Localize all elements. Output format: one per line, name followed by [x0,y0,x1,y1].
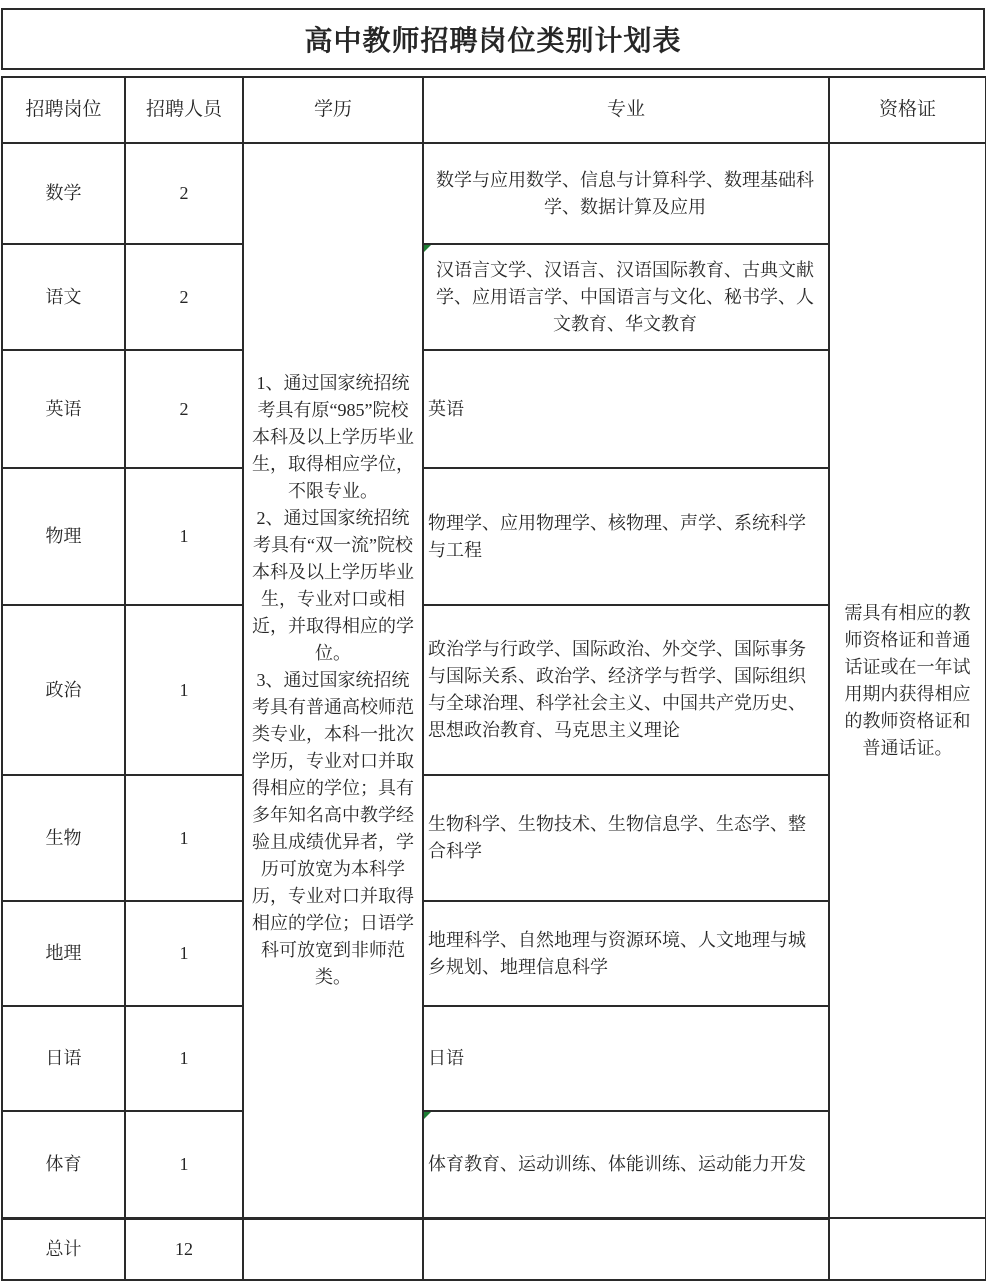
cell-count-geography: 1 [125,901,243,1006]
cell-major-physics: 物理学、应用物理学、核物理、声学、系统科学与工程 [423,468,829,605]
cell-position-biology: 生物 [2,775,125,901]
cell-count-japanese: 1 [125,1006,243,1111]
cell-education-merged: 1、通过国家统招统考具有原“985”院校本科及以上学历毕业生，取得相应学位，不限… [243,143,423,1218]
cell-count-english: 2 [125,350,243,468]
cell-position-english: 英语 [2,350,125,468]
cell-position-geography: 地理 [2,901,125,1006]
table-row-math: 数学 2 1、通过国家统招统考具有原“985”院校本科及以上学历毕业生，取得相应… [2,143,986,244]
cell-major-biology: 生物科学、生物技术、生物信息学、生态学、整合科学 [423,775,829,901]
table-title: 高中教师招聘岗位类别计划表 [1,8,985,70]
cell-position-physics: 物理 [2,468,125,605]
education-item-2: 2、通过国家统招统考具有“双一流”院校本科及以上学历毕业生，专业对口或相近，并取… [249,505,417,667]
cell-major-pe-text: 体育教育、运动训练、体能训练、运动能力开发 [428,1154,806,1174]
cell-position-math: 数学 [2,143,125,244]
col-header-position: 招聘岗位 [2,77,125,143]
col-header-education: 学历 [243,77,423,143]
cell-total-major-empty [423,1218,829,1280]
cell-major-english: 英语 [423,350,829,468]
cell-total-certificate-empty [829,1218,986,1280]
recruitment-plan-table: 招聘岗位 招聘人员 学历 专业 资格证 数学 2 1、通过国家统招统考具有原“9… [1,76,986,1281]
cell-count-politics: 1 [125,605,243,775]
cell-count-biology: 1 [125,775,243,901]
table-title-text: 高中教师招聘岗位类别计划表 [304,19,681,59]
cell-position-pe: 体育 [2,1111,125,1218]
col-header-headcount: 招聘人员 [125,77,243,143]
cell-position-japanese: 日语 [2,1006,125,1111]
cell-major-chinese: 汉语言文学、汉语言、汉语国际教育、古典文献学、应用语言学、中国语言与文化、秘书学… [423,244,829,350]
cell-certificate-merged: 需具有相应的教师资格证和普通话证或在一年试用期内获得相应的教师资格证和普通话证。 [829,143,986,1218]
cell-major-politics: 政治学与行政学、国际政治、外交学、国际事务与国际关系、政治学、经济学与哲学、国际… [423,605,829,775]
cell-corner-flag-icon [424,1112,431,1119]
cell-total-count: 12 [125,1218,243,1280]
education-item-1: 1、通过国家统招统考具有原“985”院校本科及以上学历毕业生，取得相应学位，不限… [249,370,417,505]
cell-count-chinese: 2 [125,244,243,350]
col-header-major: 专业 [423,77,829,143]
cell-corner-flag-icon [424,245,431,252]
cell-count-physics: 1 [125,468,243,605]
cell-major-math: 数学与应用数学、信息与计算科学、数理基础科学、数据计算及应用 [423,143,829,244]
cell-position-chinese: 语文 [2,244,125,350]
cell-major-japanese: 日语 [423,1006,829,1111]
cell-major-geography: 地理科学、自然地理与资源环境、人文地理与城乡规划、地理信息科学 [423,901,829,1006]
cell-major-pe: 体育教育、运动训练、体能训练、运动能力开发 [423,1111,829,1218]
col-header-certificate: 资格证 [829,77,986,143]
cell-major-chinese-text: 汉语言文学、汉语言、汉语国际教育、古典文献学、应用语言学、中国语言与文化、秘书学… [436,260,814,334]
cell-count-pe: 1 [125,1111,243,1218]
cell-position-politics: 政治 [2,605,125,775]
header-row: 招聘岗位 招聘人员 学历 专业 资格证 [2,77,986,143]
cell-total-label: 总计 [2,1218,125,1280]
table-row-total: 总计 12 [2,1218,986,1280]
cell-count-math: 2 [125,143,243,244]
education-item-3: 3、通过国家统招统考具有普通高校师范类专业，本科一批次学历，专业对口并取得相应的… [249,667,417,991]
cell-total-education-empty [243,1218,423,1280]
page: 高中教师招聘岗位类别计划表 招聘岗位 招聘人员 学历 专业 资格证 数学 2 1… [0,0,986,1281]
